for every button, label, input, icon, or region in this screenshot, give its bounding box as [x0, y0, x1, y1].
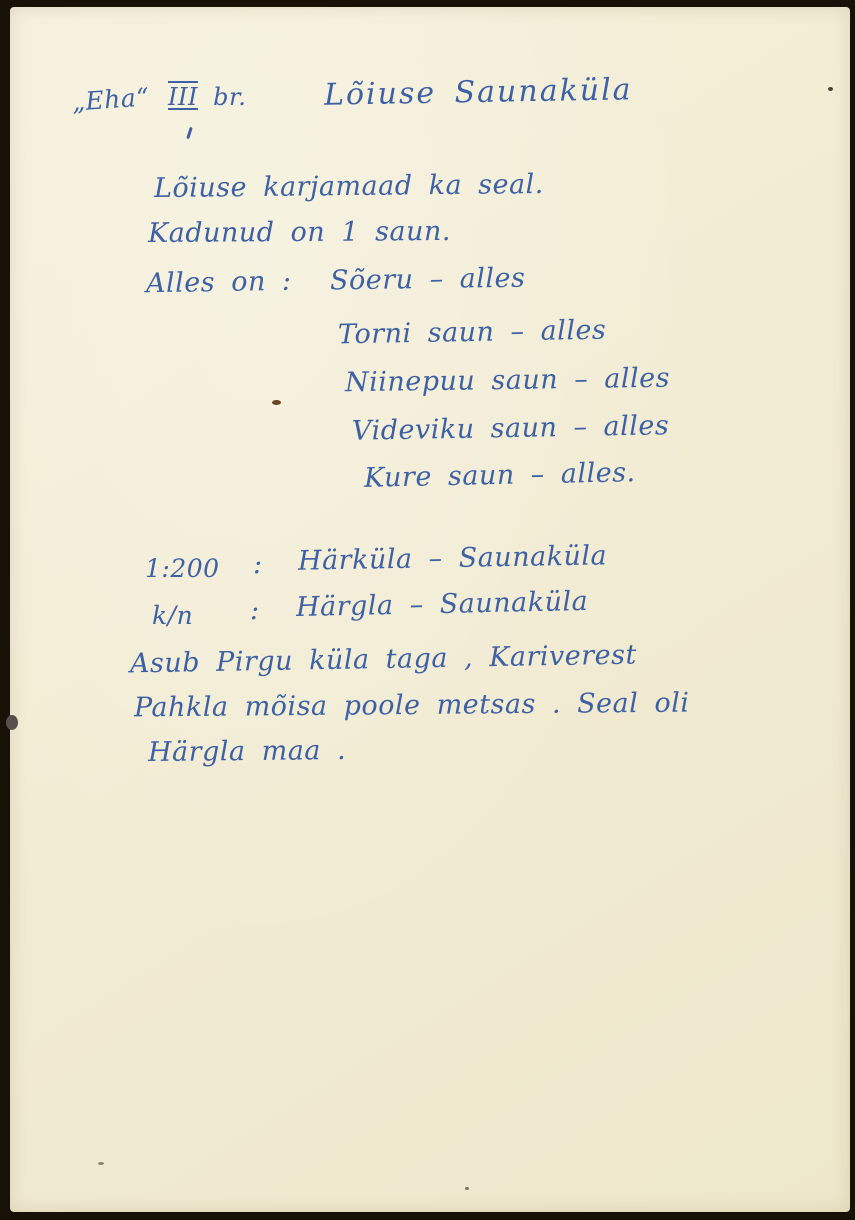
ref-place-pair: Härküla – Saunaküla [298, 540, 608, 576]
paper-sheet: „Eha“ III br. Lõiuse Saunaküla Lõiuse ka… [10, 7, 850, 1212]
paper-speck [828, 87, 833, 91]
ref-place-pair: Härgla – Saunaküla [296, 586, 589, 623]
sauna-list-item: Torni saun – alles [338, 315, 607, 351]
sauna-list-item: Sõeru – alles [330, 263, 526, 297]
pen-mark [186, 127, 193, 139]
class-roman-numeral: III [168, 83, 198, 111]
paper-speck [98, 1162, 104, 1165]
class-suffix: br. [213, 83, 246, 111]
class-number: III br. [168, 83, 246, 111]
location-line: Härgla maa . [148, 735, 346, 768]
paper-speck [272, 400, 281, 405]
note-line-pastures: Lõiuse karjamaad ka seal. [154, 169, 544, 204]
ref-scale: k/n [152, 601, 193, 630]
sauna-list-item: Kure saun – alles. [364, 457, 636, 494]
notebook-name: „Eha“ [71, 82, 150, 116]
ref-separator: : [253, 549, 263, 580]
paper-speck [6, 715, 18, 730]
ref-separator: : [250, 595, 260, 626]
note-line-lost-sauna: Kadunud on 1 saun. [148, 216, 451, 249]
paper-speck [465, 1187, 469, 1190]
scanned-page-frame: „Eha“ III br. Lõiuse Saunaküla Lõiuse ka… [0, 0, 855, 1220]
ref-scale: 1:200 [145, 554, 220, 583]
page-title: Lõiuse Saunaküla [324, 72, 633, 112]
remaining-label: Alles on : [146, 266, 292, 300]
location-line: Asub Pirgu küla taga , Kariverest [130, 640, 637, 680]
location-line: Pahkla mõisa poole metsas . Seal oli [134, 688, 690, 724]
sauna-list-item: Niinepuu saun – alles [345, 363, 670, 399]
sauna-list-item: Videviku saun – alles [352, 410, 670, 447]
